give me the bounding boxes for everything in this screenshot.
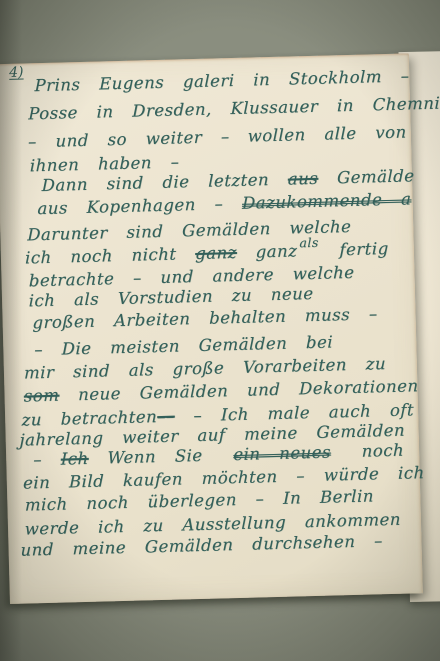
crossed-out-text: ein neues	[233, 442, 331, 464]
line-text: ich noch nicht	[25, 244, 195, 267]
line-text: ganz	[237, 241, 298, 262]
crossed-out-text: Dazukommende a	[242, 190, 412, 213]
inserted-word-above-line: als	[299, 231, 319, 255]
crossed-out-text: Ich	[61, 449, 89, 469]
letter-page: 4) Prins Eugens galeri in Stockholm – Po…	[0, 53, 423, 604]
crossed-out-text: aus	[288, 169, 319, 189]
line-text: Wenn Sie	[89, 445, 222, 467]
line-text: aus Kopenhagen –	[37, 194, 242, 218]
crossed-out-text: som	[24, 385, 60, 405]
line-text: noch	[343, 440, 404, 461]
line-text: – und so weiter –	[28, 127, 230, 151]
crossed-out-text: ––	[157, 407, 175, 426]
letter-text: Prins Eugens galeri in Stockholm – Posse…	[16, 64, 413, 562]
line-text: wollen alle von	[248, 122, 407, 145]
line-text: fertig	[321, 239, 389, 260]
photo-background: 4) Prins Eugens galeri in Stockholm – Po…	[0, 0, 440, 661]
line-text: –	[33, 449, 61, 469]
line-text: Gemälde	[318, 166, 414, 188]
crossed-out-text: ganz	[195, 243, 237, 263]
handwritten-line: Prins Eugens galeri in Stockholm –	[34, 64, 413, 97]
line-text: Prins Eugens galeri in Stockholm –	[34, 66, 409, 95]
line-text: Posse in Dresden, Klussauer in Chemnitz	[28, 93, 440, 123]
